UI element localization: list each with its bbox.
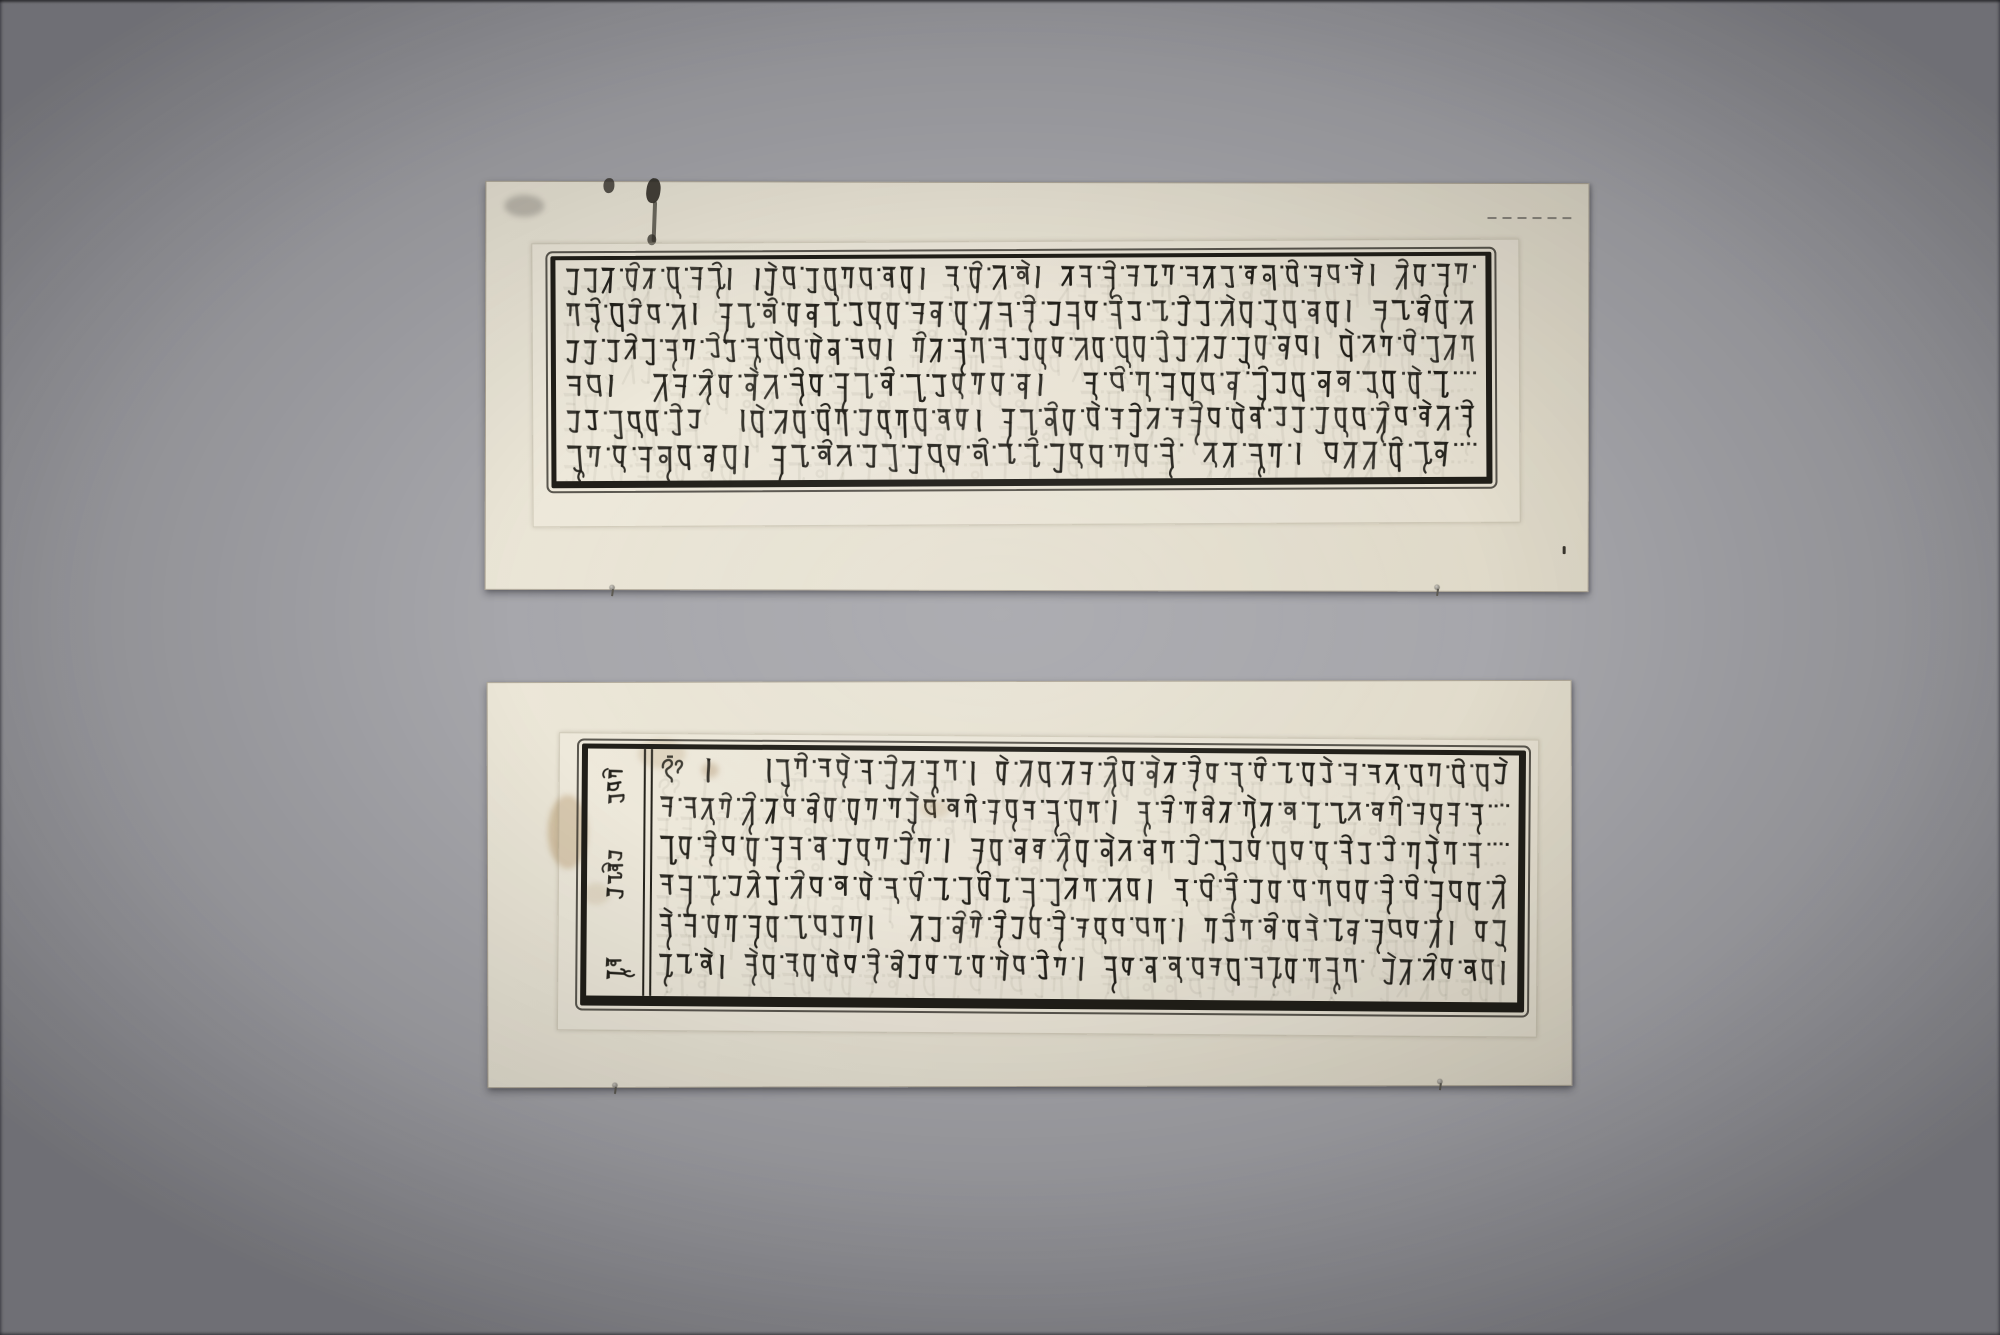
margin-divider-line xyxy=(642,749,653,996)
ink-smudge xyxy=(603,178,614,193)
mounting-pin xyxy=(610,585,616,596)
water-stain xyxy=(920,800,950,818)
text-frame xyxy=(550,252,1492,489)
graphite-smudge xyxy=(504,195,544,217)
ink-smudge xyxy=(645,177,662,204)
manuscript-leaf-top: གཞན་དོན་དུ་བསྔོ། །ཞེས་གསུངས་པས། བུ་མོ་ན་… xyxy=(485,181,1590,592)
pencil-mark xyxy=(1487,217,1571,219)
mounting-pin xyxy=(1437,1079,1443,1090)
photo-backdrop: གཞན་དོན་དུ་བསྔོ། །ཞེས་གསུངས་པས། བུ་མོ་ན་… xyxy=(0,0,2000,1335)
tibetan-text-block xyxy=(555,256,1486,483)
tibetan-text-block xyxy=(586,749,1519,1003)
mounting-pin xyxy=(612,1083,618,1094)
text-frame xyxy=(580,743,1526,1012)
mounting-pin xyxy=(1435,585,1441,596)
print-sheet xyxy=(557,732,1539,1037)
print-sheet xyxy=(531,239,1520,528)
ink-dot xyxy=(1563,546,1566,554)
manuscript-leaf-bottom: ཉམའི ཞལཆིག ལྷུར ༄༅། །བྲའི་བརྗེ་བ་ཞིན་བྱུ… xyxy=(487,680,1573,1088)
